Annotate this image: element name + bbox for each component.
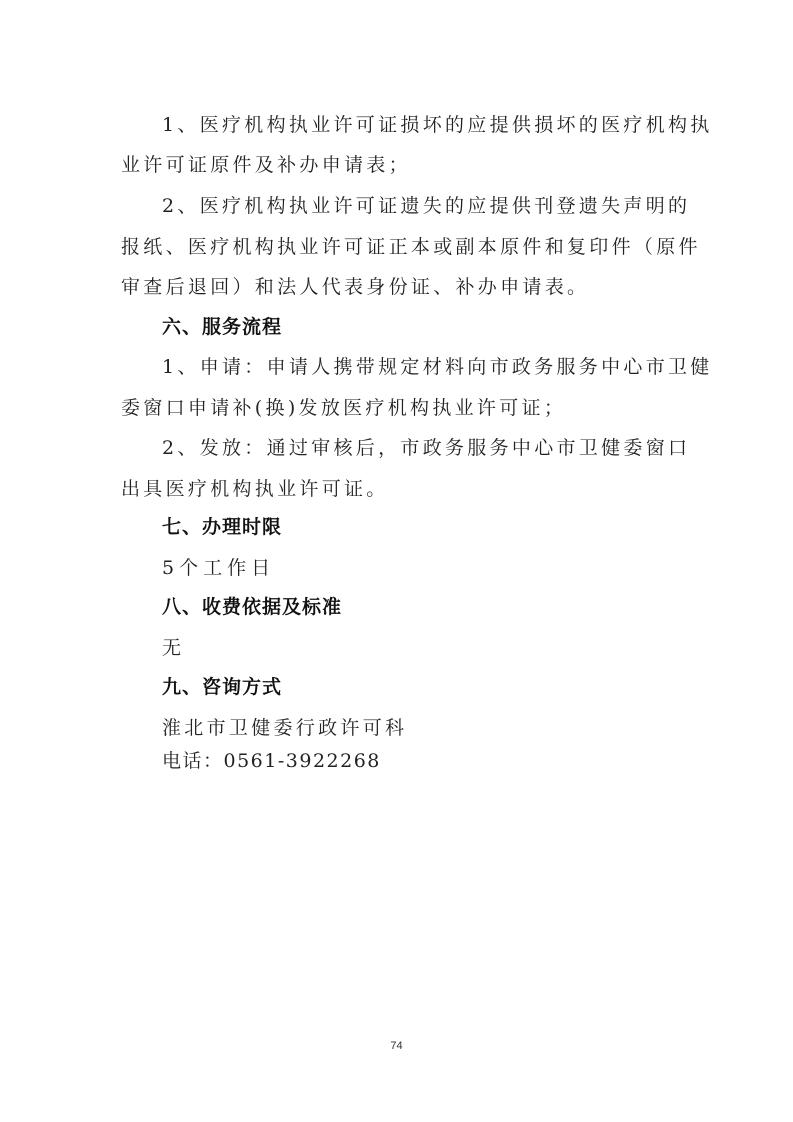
time-limit-value: 5个工作日 [162, 553, 275, 580]
process-step2-line1: 2、发放：通过审核后，市政务服务中心市卫健委窗口 [162, 433, 690, 460]
materials-item1-line2: 业许可证原件及补办申请表； [121, 150, 411, 177]
materials-item2-line3: 审查后退回）和法人代表身份证、补办申请表。 [121, 272, 589, 299]
process-step2-line2: 出具医疗机构执业许可证。 [121, 474, 389, 501]
process-step1-line1: 1、申请：申请人携带规定材料向市政务服务中心市卫健 [162, 352, 713, 379]
section-heading-process: 六、服务流程 [162, 312, 282, 339]
process-step1-line2: 委窗口申请补(换)发放医疗机构执业许可证； [121, 393, 566, 420]
fees-value: 无 [162, 633, 184, 660]
materials-item2-line1: 2、医疗机构执业许可证遗失的应提供刊登遗失声明的 [162, 191, 690, 218]
materials-item2-line2: 报纸、医疗机构执业许可证正本或副本原件和复印件（原件 [121, 232, 701, 259]
contact-office: 淮北市卫健委行政许可科 [162, 713, 407, 740]
section-heading-time-limit: 七、办理时限 [162, 512, 282, 539]
section-heading-fees: 八、收费依据及标准 [162, 592, 342, 619]
materials-item1-line1: 1、医疗机构执业许可证损坏的应提供损坏的医疗机构执 [162, 110, 713, 137]
contact-phone: 电话：0561-3922268 [162, 746, 381, 773]
section-heading-contact: 九、咨询方式 [162, 672, 282, 699]
page-number: 74 [0, 1040, 793, 1052]
